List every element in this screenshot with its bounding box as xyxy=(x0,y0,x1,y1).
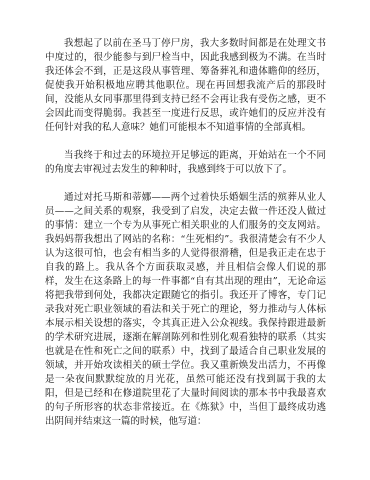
paragraph: 当我终于和过去的环境拉开足够远的距离，开始站在一个不同的角度去审视过去发生的种种… xyxy=(45,149,326,177)
paragraph: 我想起了以前在圣马丁停尸房，我大多数时间都是在处理文书中度过的，很少能参与到尸检… xyxy=(45,37,326,135)
paragraph: 通过对托马斯和蒂娜——两个过着快乐婚姻生活的殡葬从业人员——之间关系的观察，我受… xyxy=(45,191,326,429)
book-page: 我想起了以前在圣马丁停尸房，我大多数时间都是在处理文书中度过的，很少能参与到尸检… xyxy=(0,0,370,480)
